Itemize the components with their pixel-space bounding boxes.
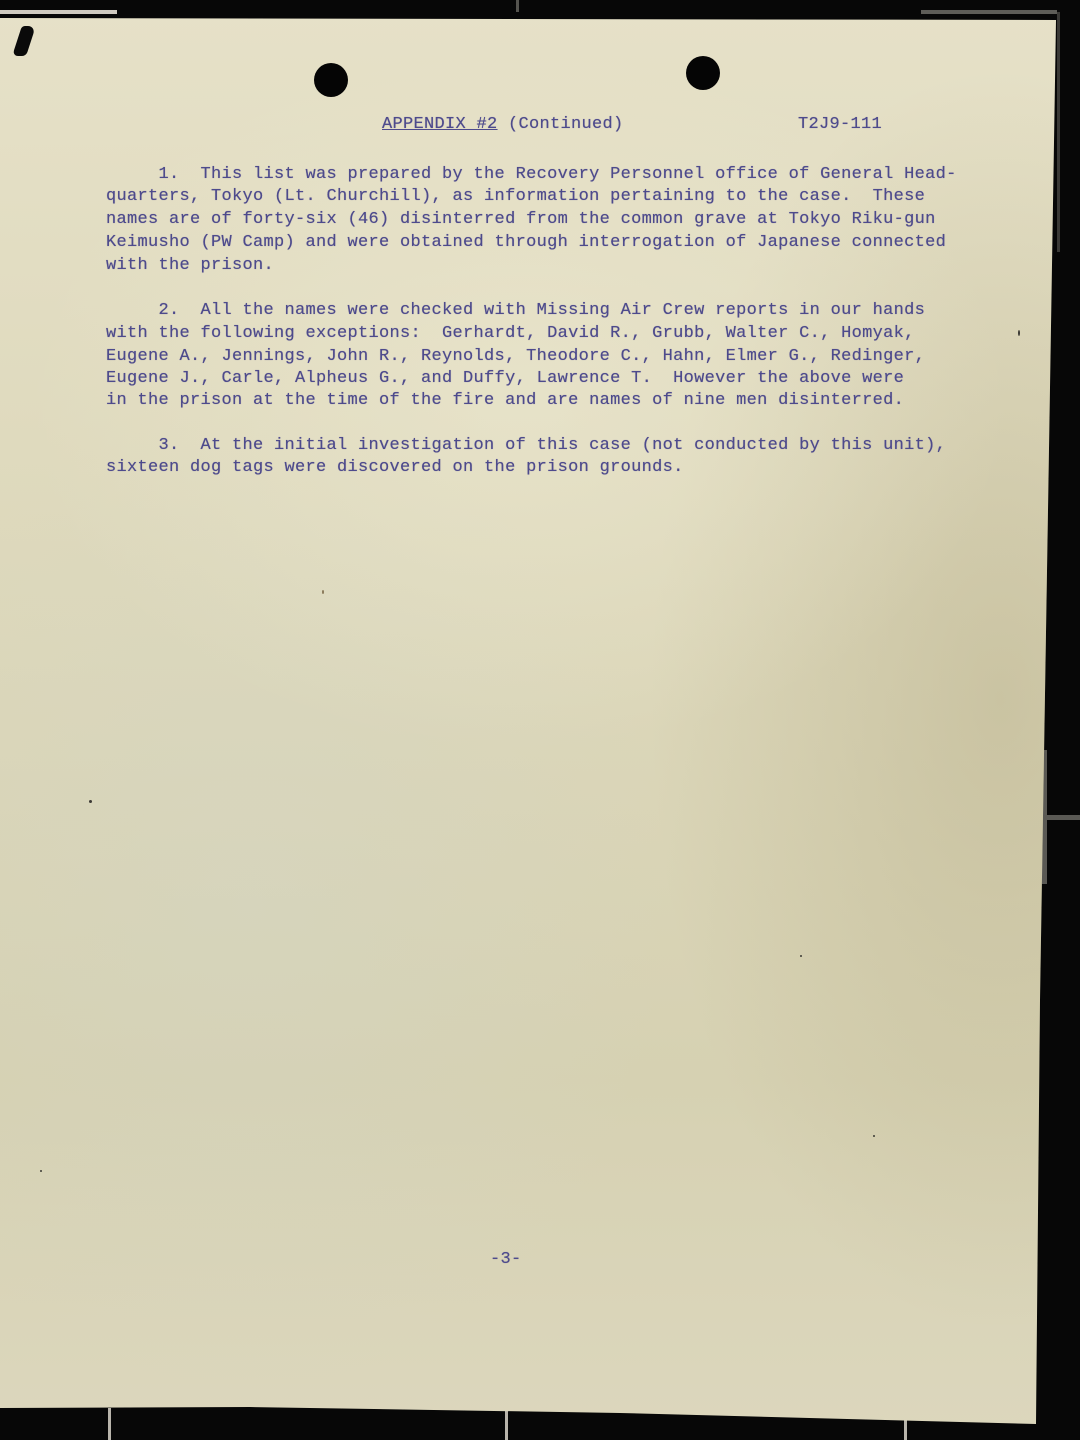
page-title: APPENDIX #2 (Continued): [382, 115, 624, 134]
continued-label: (Continued): [498, 115, 624, 134]
paragraph-3-line: 3. At the initial investigation of this …: [106, 435, 946, 457]
paper-speck: [322, 590, 324, 594]
paragraph-2-line: Eugene A., Jennings, John R., Reynolds, …: [106, 346, 925, 368]
paper-speck: [800, 955, 802, 957]
paper-speck: [873, 1135, 875, 1137]
document-code: T2J9-111: [798, 115, 882, 134]
paragraph-1-line: with the prison.: [106, 255, 274, 277]
paper-speck: [1018, 330, 1020, 336]
paragraph-1-line: quarters, Tokyo (Lt. Churchill), as info…: [106, 186, 925, 208]
paragraph-1-line: 1. This list was prepared by the Recover…: [106, 164, 957, 186]
paper-speck: [89, 800, 92, 803]
paragraph-2-line: Eugene J., Carle, Alpheus G., and Duffy,…: [106, 368, 904, 390]
frame-line: [904, 1420, 907, 1440]
frame-line: [516, 0, 519, 12]
paragraph-3-line: sixteen dog tags were discovered on the …: [106, 457, 684, 479]
frame-line: [0, 10, 117, 14]
frame-line: [1042, 815, 1080, 820]
paragraph-2-line: in the prison at the time of the fire an…: [106, 390, 904, 412]
punch-hole-icon: [686, 56, 720, 90]
paragraph-2-line: with the following exceptions: Gerhardt,…: [106, 323, 915, 345]
document-page: APPENDIX #2 (Continued) T2J9-111 1. This…: [0, 0, 1080, 1440]
paper-speck: [40, 1170, 42, 1172]
paragraph-1-line: Keimusho (PW Camp) and were obtained thr…: [106, 232, 946, 254]
appendix-label: APPENDIX #2: [382, 115, 498, 134]
punch-hole-icon: [314, 63, 348, 97]
frame-line: [921, 10, 1057, 14]
paragraph-1-line: names are of forty-six (46) disinterred …: [106, 209, 936, 231]
frame-line: [1057, 12, 1060, 252]
page-number: -3-: [490, 1250, 522, 1269]
paragraph-2-line: 2. All the names were checked with Missi…: [106, 300, 925, 322]
corner-tear-mark: [12, 26, 36, 56]
frame-line: [505, 1408, 508, 1440]
frame-line: [108, 1408, 111, 1440]
